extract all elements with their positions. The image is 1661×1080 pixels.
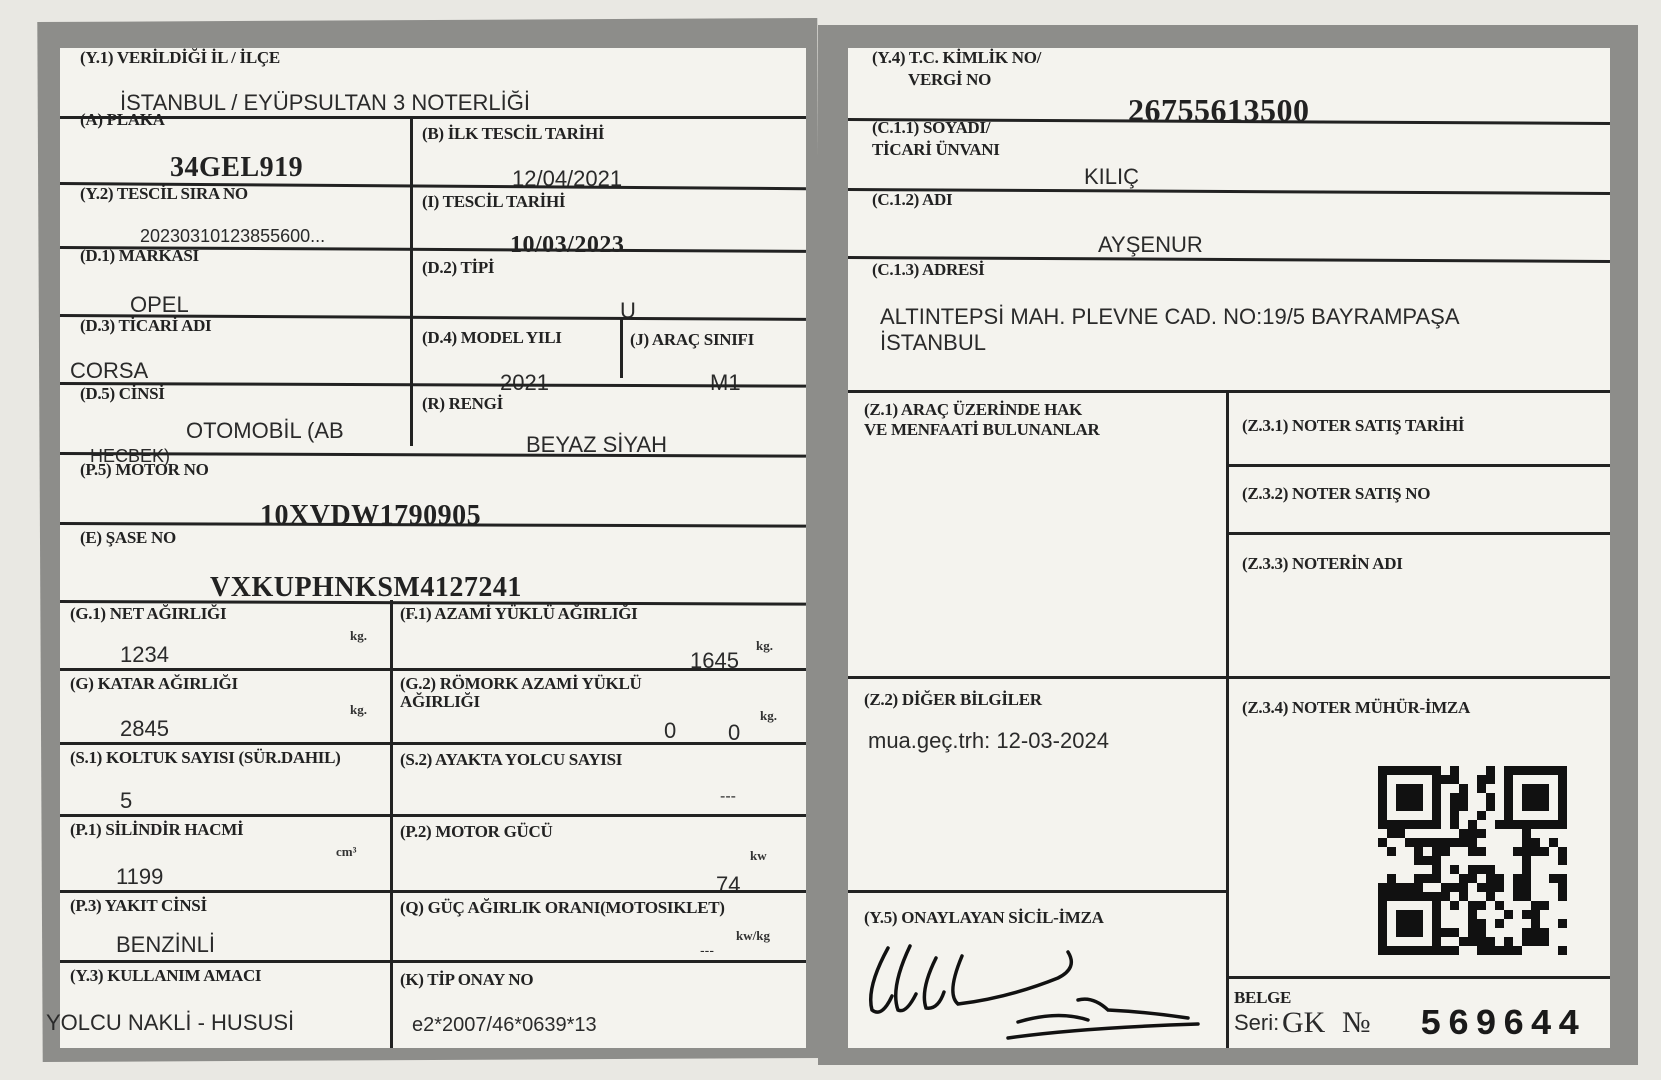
field-label-b: (B) İLK TESCİL TARİHİ [422,124,604,143]
field-value-g: 2845 [120,716,169,742]
field-value-d5: OTOMOBİL (AB [186,418,344,444]
field-label-p2: (P.2) MOTOR GÜCÜ [400,822,552,841]
field-value-z2: mua.geç.trh: 12-03-2024 [868,728,1109,754]
field-value-y3: YOLCU NAKLİ - HUSUSİ [46,1010,294,1036]
field-label-p3: (P.3) YAKIT CİNSİ [70,896,207,915]
field-label-s1: (S.1) KOLTUK SAYISI (Sür.Dahil) [70,748,341,767]
qr-code-icon [1378,766,1567,955]
field-label-g2-line2: AĞIRLIĞI [400,692,480,711]
field-label-y5: (Y.5) ONAYLAYAN SİCİL-İMZA [864,908,1104,927]
field-value-y2: 20230310123855600... [140,226,325,247]
field-label-y3: (Y.3) KULLANIM AMACI [70,966,261,985]
field-label-z33: (Z.3.3) NOTERİN ADI [1242,554,1403,573]
field-label-z2: (Z.2) DİĞER BİLGİLER [864,690,1042,709]
field-value-d3: CORSA [70,358,148,384]
field-label-z1: (Z.1) ARAÇ ÜZERİNDE HAK [864,400,1082,419]
field-label-p5: (P.5) MOTOR NO [80,460,209,479]
field-value-y4: 26755613500 [1128,92,1310,129]
field-label-j: (J) ARAÇ SINIFI [630,330,754,349]
unit-q: kw/kg [736,928,770,944]
field-value-k: e2*2007/46*0639*13 [412,1014,597,1037]
field-label-d5: (D.5) CİNSİ [80,384,165,403]
field-label-d2: (D.2) TİPİ [422,258,494,277]
field-label-c11-line2: TİCARİ ÜNVANI [872,140,1000,159]
field-value-g2: 0 [664,718,676,744]
field-label-q: (Q) GÜÇ AĞIRLIK ORANI(Motosiklet) [400,898,725,917]
field-label-r: (R) RENGİ [422,394,503,413]
field-value-c11: KILIÇ [1084,164,1139,190]
field-label-z31: (Z.3.1) NOTER SATIŞ TARİHİ [1242,416,1464,435]
right-page: (Y.4) T.C. KİMLİK NO/ VERGİ NO 267556135… [848,48,1610,1048]
left-page: (Y.1) VERİLDİĞİ İL / İLÇE İSTANBUL / EYÜ… [60,48,806,1048]
field-label-c12: (C.1.2) ADI [872,190,952,209]
field-label-g1: (G.1) NET AĞIRLIĞI [70,604,226,623]
field-label-z32: (Z.3.2) NOTER SATIŞ NO [1242,484,1430,503]
belge-seri: GK [1282,1006,1325,1040]
unit-p1: cm³ [336,844,357,860]
field-value-p2: 74 [716,872,740,898]
field-value-s2: --- [720,788,736,806]
field-label-d4: (D.4) MODEL YILI [422,328,562,347]
belge-no-symbol: № [1342,1006,1371,1040]
field-label-g: (G) KATAR AĞIRLIĞI [70,674,238,693]
belge-label: BELGE [1234,988,1291,1007]
field-label-a: (A) PLAKA [80,110,165,129]
unit-f1: kg. [756,638,773,654]
field-value-p3: BENZİNLİ [116,932,215,958]
field-label-c11: (C.1.1) SOYADI/ [872,118,990,137]
field-value-q: --- [700,942,714,958]
unit-g1: kg. [350,628,367,644]
field-label-z1-line2: VE MENFAATİ BULUNANLAR [864,420,1100,439]
field-label-e: (E) ŞASE NO [80,528,176,547]
unit-g2: kg. [760,708,777,724]
field-label-p1: (P.1) SİLİNDİR HACMİ [70,820,243,839]
belge-number: 569644 [1420,1004,1586,1045]
field-value-y1: İSTANBUL / EYÜPSULTAN 3 NOTERLİĞİ [120,90,530,116]
field-value-p5: 10XVDW1790905 [260,500,481,532]
vehicle-registration-document: (Y.1) VERİLDİĞİ İL / İLÇE İSTANBUL / EYÜ… [0,0,1661,1080]
field-value-j: M1 [710,370,741,396]
field-label-y4: (Y.4) T.C. KİMLİK NO/ [872,48,1041,67]
field-label-z34: (Z.3.4) NOTER MÜHÜR-İMZA [1242,698,1470,717]
field-value-c13-line2: İSTANBUL [880,330,986,356]
field-value-c12: AYŞENUR [1098,232,1203,258]
field-label-k: (K) TİP ONAY NO [400,970,533,989]
field-label-g2: (G.2) RÖMORK AZAMİ YÜKLÜ [400,674,642,693]
field-label-y4-line2: VERGİ NO [908,70,991,89]
field-value-g1: 1234 [120,642,169,668]
unit-p2: kw [750,848,767,864]
field-value-p1: 1199 [116,864,163,890]
field-label-y1: (Y.1) VERİLDİĞİ İL / İLÇE [80,48,280,67]
field-value-e: VXKUPHNKSM4127241 [210,572,522,604]
field-label-c13: (C.1.3) ADRESİ [872,260,984,279]
field-label-i: (I) TESCİL TARİHİ [422,192,565,211]
field-value-a: 34GEL919 [170,152,303,184]
field-label-d3: (D.3) TİCARİ ADI [80,316,211,335]
field-value-i: 10/03/2023 [510,232,624,259]
field-value-c13: ALTINTEPSİ MAH. PLEVNE CAD. NO:19/5 BAYR… [880,304,1460,330]
field-value-s1: 5 [120,788,132,814]
unit-g: kg. [350,702,367,718]
signature-icon [858,938,1218,1048]
field-label-d1: (D.1) MARKASI [80,246,199,265]
field-label-f1: (F.1) AZAMİ YÜKLÜ AĞIRLIĞI [400,604,637,623]
belge-seri-label: Seri: [1234,1010,1279,1036]
field-label-y2: (Y.2) TESCİL SIRA NO [80,184,248,203]
field-label-s2: (S.2) AYAKTA YOLCU SAYISI [400,750,622,769]
